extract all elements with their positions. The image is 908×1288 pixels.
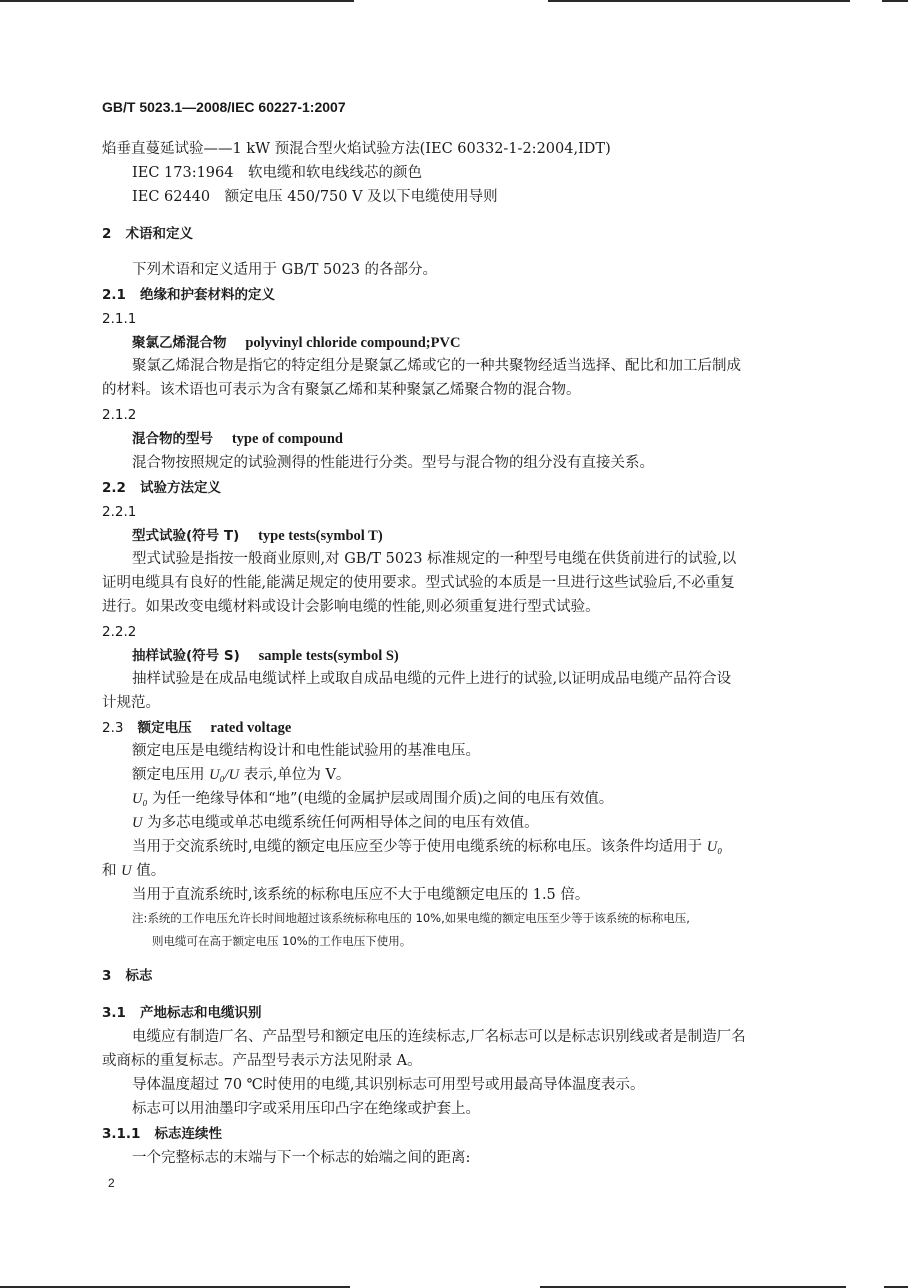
paragraph: 进行。如果改变电缆材料或设计会影响电缆的性能,则必须重复进行型式试验。 [102, 597, 600, 617]
term-chinese: 聚氯乙烯混合物 [132, 335, 227, 351]
section-title: 标志连续性 [155, 1126, 223, 1142]
section-title: 绝缘和护套材料的定义 [140, 287, 275, 303]
paragraph: 一个完整标志的末端与下一个标志的始端之间的距离: [132, 1148, 470, 1168]
paragraph: 当用于交流系统时,电缆的额定电压应至少等于使用电缆系统的标称电压。该条件均适用于… [132, 837, 722, 857]
text-run: 为多芯电缆或单芯电缆系统任何两相导体之间的电压有效值。 [142, 815, 538, 831]
paragraph: 型式试验是指按一般商业原则,对 GB/T 5023 标准规定的一种型号电缆在供货… [132, 549, 736, 569]
paragraph: 额定电压是电缆结构设计和电性能试验用的基准电压。 [132, 741, 480, 761]
paragraph: 标志可以用油墨印字或采用压印凸字在绝缘或护套上。 [132, 1099, 480, 1119]
paragraph: 的材料。该术语也可表示为含有聚氯乙烯和某种聚氯乙烯聚合物的混合物。 [102, 380, 581, 400]
section-title: 试验方法定义 [140, 480, 221, 496]
formula: U [121, 863, 131, 879]
paragraph: 抽样试验是在成品电缆试样上或取自成品电缆的元件上进行的试验,以证明成品电缆产品符… [132, 669, 731, 689]
section-number: 2 [102, 226, 111, 242]
subsection-heading: 3.1 产地标志和电缆识别 [102, 1003, 262, 1023]
subsection-heading: 3.1.1 标志连续性 [102, 1124, 222, 1144]
section-number: 3.1.1 [102, 1126, 140, 1142]
term-entry: 混合物的型号 type of compound [132, 429, 343, 449]
term-entry: 型式试验(符号 T) type tests(symbol T) [132, 526, 383, 546]
paragraph: 聚氯乙烯混合物是指它的特定组分是聚氯乙烯或它的一种共聚物经适当选择、配比和加工后… [132, 356, 741, 376]
text-run: 和 [102, 863, 121, 879]
formula: U₀ [707, 839, 723, 855]
note: 注:系统的工作电压允许长时间地超过该系统标称电压的 10%,如果电缆的额定电压至… [132, 908, 690, 928]
paragraph: 额定电压用 U₀/U 表示,单位为 V。 [132, 765, 350, 785]
paragraph: 和 U 值。 [102, 861, 165, 881]
term-english: rated voltage [210, 720, 291, 736]
term-entry: 抽样试验(符号 S) sample tests(symbol S) [132, 646, 399, 666]
document-page: GB/T 5023.1—2008/IEC 60227-1:2007 焰垂直蔓延试… [0, 0, 908, 1288]
paragraph: 混合物按照规定的试验测得的性能进行分类。型号与混合物的组分没有直接关系。 [132, 453, 654, 473]
term-chinese: 额定电压 [138, 720, 192, 736]
text-run: 表示,单位为 V。 [239, 767, 350, 783]
standard-header: GB/T 5023.1—2008/IEC 60227-1:2007 [102, 97, 346, 117]
subsection-heading: 2.1 绝缘和护套材料的定义 [102, 285, 275, 305]
section-title: 标志 [126, 968, 153, 984]
section-title: 产地标志和电缆识别 [140, 1005, 262, 1021]
page-number: 2 [108, 1173, 115, 1193]
section-number: 2.2 [102, 480, 126, 496]
paragraph: 导体温度超过 70 ℃时使用的电缆,其识别标志可用型号或用最高导体温度表示。 [132, 1075, 645, 1095]
section-heading: 3 标志 [102, 966, 153, 986]
subsection-heading: 2.2 试验方法定义 [102, 478, 221, 498]
section-heading: 2 术语和定义 [102, 224, 193, 244]
section-number: 3 [102, 968, 111, 984]
note: 则电缆可在高于额定电压 10%的工作电压下使用。 [152, 931, 411, 951]
formula: U₀/U [209, 767, 239, 783]
clause-number: 2.1.1 [102, 309, 136, 329]
text-run: 为任一绝缘导体和“地”(电缆的金属护层或周围介质)之间的电压有效值。 [148, 791, 614, 807]
text-run: 当用于交流系统时,电缆的额定电压应至少等于使用电缆系统的标称电压。该条件均适用于 [132, 839, 707, 855]
reference-line: 焰垂直蔓延试验——1 kW 预混合型火焰试验方法(IEC 60332-1-2:2… [102, 139, 611, 159]
paragraph: 电缆应有制造厂名、产品型号和额定电压的连续标志,厂名标志可以是标志识别线或者是制… [132, 1027, 746, 1047]
paragraph: 证明电缆具有良好的性能,能满足规定的使用要求。型式试验的本质是一旦进行这些试验后… [102, 573, 735, 593]
term-entry: 聚氯乙烯混合物 polyvinyl chloride compound;PVC [132, 333, 460, 353]
term-english: type tests(symbol T) [258, 528, 383, 544]
term-english: sample tests(symbol S) [259, 648, 399, 664]
term-english: type of compound [232, 431, 343, 447]
section-number: 2.3 [102, 720, 123, 736]
paragraph: U 为多芯电缆或单芯电缆系统任何两相导体之间的电压有效值。 [132, 813, 539, 833]
paragraph: 当用于直流系统时,该系统的标称电压应不大于电缆额定电压的 1.5 倍。 [132, 885, 589, 905]
term-english: polyvinyl chloride compound;PVC [245, 335, 460, 351]
paragraph: U₀ 为任一绝缘导体和“地”(电缆的金属护层或周围介质)之间的电压有效值。 [132, 789, 613, 809]
clause-number: 2.2.2 [102, 622, 136, 642]
term-chinese: 混合物的型号 [132, 431, 213, 447]
reference-line: IEC 62440 额定电压 450/750 V 及以下电缆使用导则 [132, 187, 498, 207]
paragraph: 计规范。 [102, 693, 160, 713]
section-number: 3.1 [102, 1005, 126, 1021]
clause-number: 2.1.2 [102, 405, 136, 425]
section-number: 2.1 [102, 287, 126, 303]
clause-number: 2.2.1 [102, 502, 136, 522]
reference-line: IEC 173:1964 软电缆和软电线线芯的颜色 [132, 163, 422, 183]
text-run: 额定电压用 [132, 767, 209, 783]
term-chinese: 抽样试验(符号 S) [132, 648, 240, 664]
formula: U₀ [132, 791, 148, 807]
subsection-heading: 2.3 额定电压 rated voltage [102, 718, 291, 738]
paragraph: 下列术语和定义适用于 GB/T 5023 的各部分。 [132, 260, 437, 280]
text-run: 值。 [132, 863, 166, 879]
section-title: 术语和定义 [126, 226, 194, 242]
paragraph: 或商标的重复标志。产品型号表示方法见附录 A。 [102, 1051, 422, 1071]
formula: U [132, 815, 142, 831]
term-chinese: 型式试验(符号 T) [132, 528, 239, 544]
